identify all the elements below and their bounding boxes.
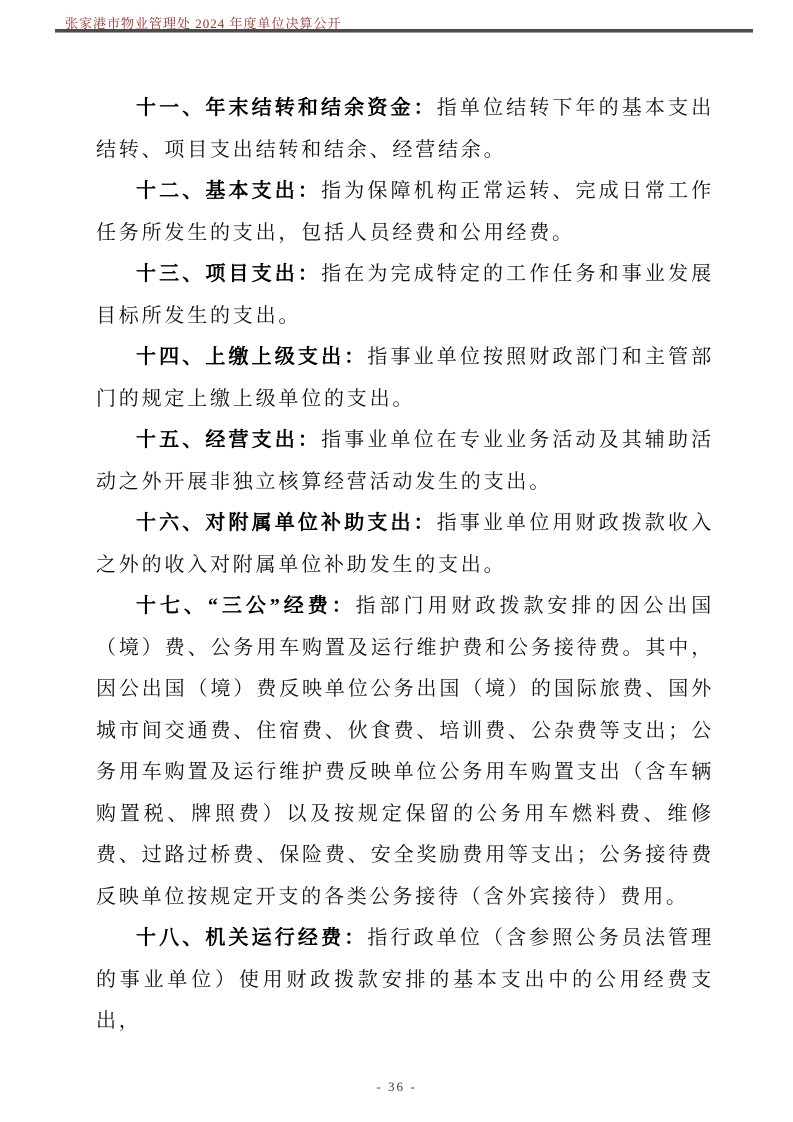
term-label: 十二、基本支出：: [136, 180, 321, 202]
definition-paragraph: 十六、对附属单位补助支出：指事业单位用财政拨款收入之外的收入对附属单位补助发生的…: [96, 503, 714, 586]
page-footer: - 36 -: [0, 1078, 793, 1096]
definition-paragraph: 十二、基本支出：指为保障机构正常运转、完成日常工作任务所发生的支出，包括人员经费…: [96, 171, 714, 254]
term-label: 十八、机关运行经费：: [136, 927, 367, 949]
document-body: 十一、年末结转和结余资金：指单位结转下年的基本支出结转、项目支出结转和结余、经营…: [96, 88, 714, 1043]
term-label: 十一、年末结转和结余资金：: [136, 97, 437, 119]
definition-paragraph: 十五、经营支出：指事业单位在专业业务活动及其辅助活动之外开展非独立核算经营活动发…: [96, 420, 714, 503]
document-page: 张家港市物业管理处 2024 年度单位决算公开 十一、年末结转和结余资金：指单位…: [0, 0, 793, 1122]
term-label: 十五、经营支出：: [136, 429, 321, 451]
definition-paragraph: 十七、“三公”经费：指部门用财政拨款安排的因公出国（境）费、公务用车购置及运行维…: [96, 586, 714, 918]
definition-paragraph: 十三、项目支出：指在为完成特定的工作任务和事业发展目标所发生的支出。: [96, 254, 714, 337]
term-label: 十三、项目支出：: [136, 263, 321, 285]
term-label: 十四、上缴上级支出：: [136, 346, 367, 368]
term-definition: 指部门用财政拨款安排的因公出国（境）费、公务用车购置及运行维护费和公务接待费。其…: [96, 595, 714, 908]
term-label: 十七、“三公”经费：: [136, 595, 356, 617]
definition-paragraph: 十四、上缴上级支出：指事业单位按照财政部门和主管部门的规定上缴上级单位的支出。: [96, 337, 714, 420]
header-rule: [55, 29, 753, 33]
page-number: - 36 -: [376, 1079, 416, 1094]
definition-paragraph: 十八、机关运行经费：指行政单位（含参照公务员法管理的事业单位）使用财政拨款安排的…: [96, 918, 714, 1043]
term-label: 十六、对附属单位补助支出：: [136, 512, 437, 534]
definition-paragraph: 十一、年末结转和结余资金：指单位结转下年的基本支出结转、项目支出结转和结余、经营…: [96, 88, 714, 171]
